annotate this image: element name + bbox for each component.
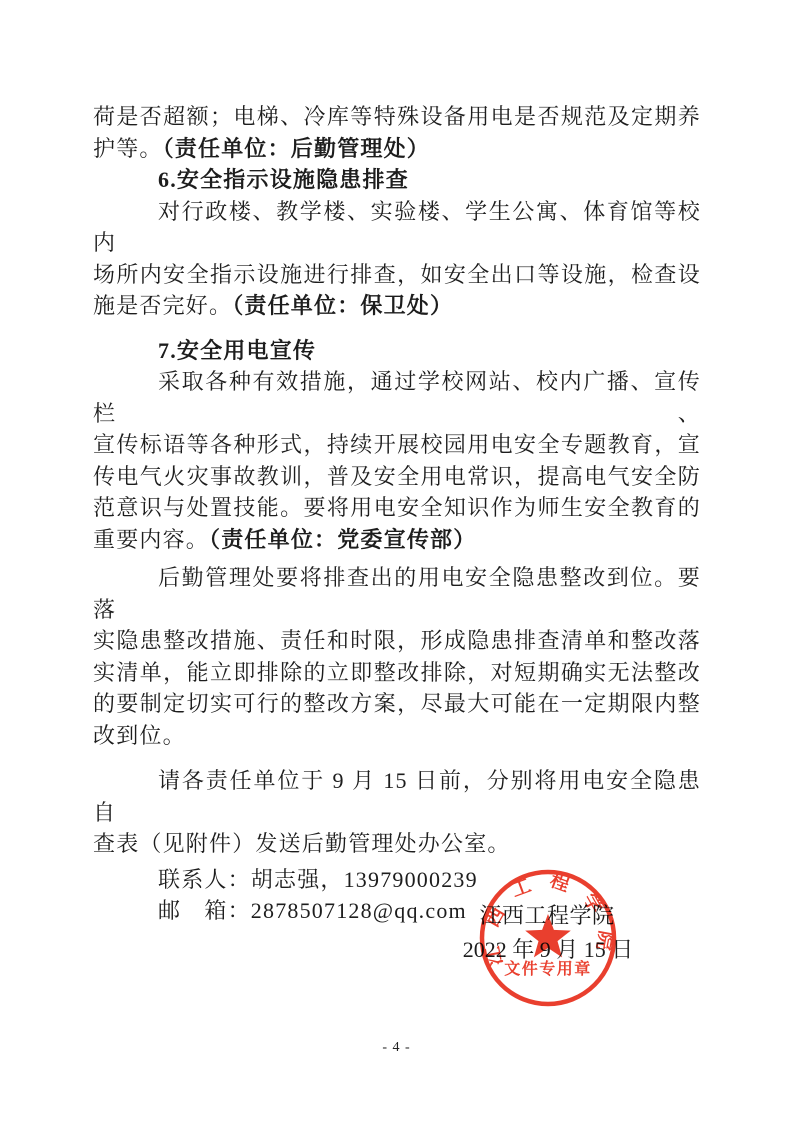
document-page: 荷是否超额；电梯、冷库等特殊设备用电是否规范及定期养 护等。（责任单位：后勤管理… [0, 0, 793, 1122]
text-line: 采取各种有效措施，通过学校网站、校内广播、宣传栏、 [93, 366, 701, 429]
text-line: 后勤管理处要将排查出的用电安全隐患整改到位。要落 [93, 562, 701, 625]
star-icon [525, 914, 571, 957]
text-line: 改到位。 [93, 720, 701, 752]
text-line: 护等。（责任单位：后勤管理处） [93, 133, 701, 165]
text-segment: 护等。 [93, 136, 163, 161]
text-line: 请各责任单位于 9 月 15 日前，分别将用电安全隐患自 [93, 765, 701, 828]
responsible-unit-label: （责任单位：后勤管理处） [163, 136, 430, 161]
text-line: 对行政楼、教学楼、实验楼、学生公寓、体育馆等校内 [93, 196, 701, 259]
section-heading-7: 7.安全用电宣传 [93, 335, 701, 367]
text-line: 的要制定切实可行的整改方案，尽最大可能在一定期限内整 [93, 688, 701, 720]
text-line: 宣传标语等各种形式，持续开展校园用电安全专题教育，宣 [93, 429, 701, 461]
text-line: 查表（见附件）发送后勤管理处办公室。 [93, 828, 701, 860]
text-segment: 施是否完好。 [93, 293, 232, 318]
text-line: 荷是否超额；电梯、冷库等特殊设备用电是否规范及定期养 [93, 101, 701, 133]
text-line: 范意识与处置技能。要将用电安全知识作为师生安全教育的 [93, 492, 701, 524]
text-line: 实清单，能立即排除的立即整改排除，对短期确实无法整改 [93, 657, 701, 689]
official-seal: 江西工程学院 文件专用章 [476, 866, 620, 1010]
responsible-unit-label: （责任单位：党委宣传部） [209, 527, 476, 552]
text-line: 传电气火灾事故教训，普及安全用电常识，提高电气安全防 [93, 461, 701, 493]
text-line: 重要内容。（责任单位：党委宣传部） [93, 524, 701, 556]
seal-bottom-text: 文件专用章 [504, 959, 592, 978]
text-line: 施是否完好。（责任单位：保卫处） [93, 290, 701, 322]
text-segment: 重要内容。 [93, 527, 209, 552]
text-line: 场所内安全指示设施进行排查，如安全出口等设施，检查设 [93, 259, 701, 291]
text-line: 实隐患整改措施、责任和时限，形成隐患排查清单和整改落 [93, 625, 701, 657]
page-number: - 4 - [0, 1040, 793, 1056]
section-heading-6: 6.安全指示设施隐患排查 [93, 164, 701, 196]
document-body: 荷是否超额；电梯、冷库等特殊设备用电是否规范及定期养 护等。（责任单位：后勤管理… [93, 101, 701, 927]
responsible-unit-label: （责任单位：保卫处） [232, 293, 453, 318]
